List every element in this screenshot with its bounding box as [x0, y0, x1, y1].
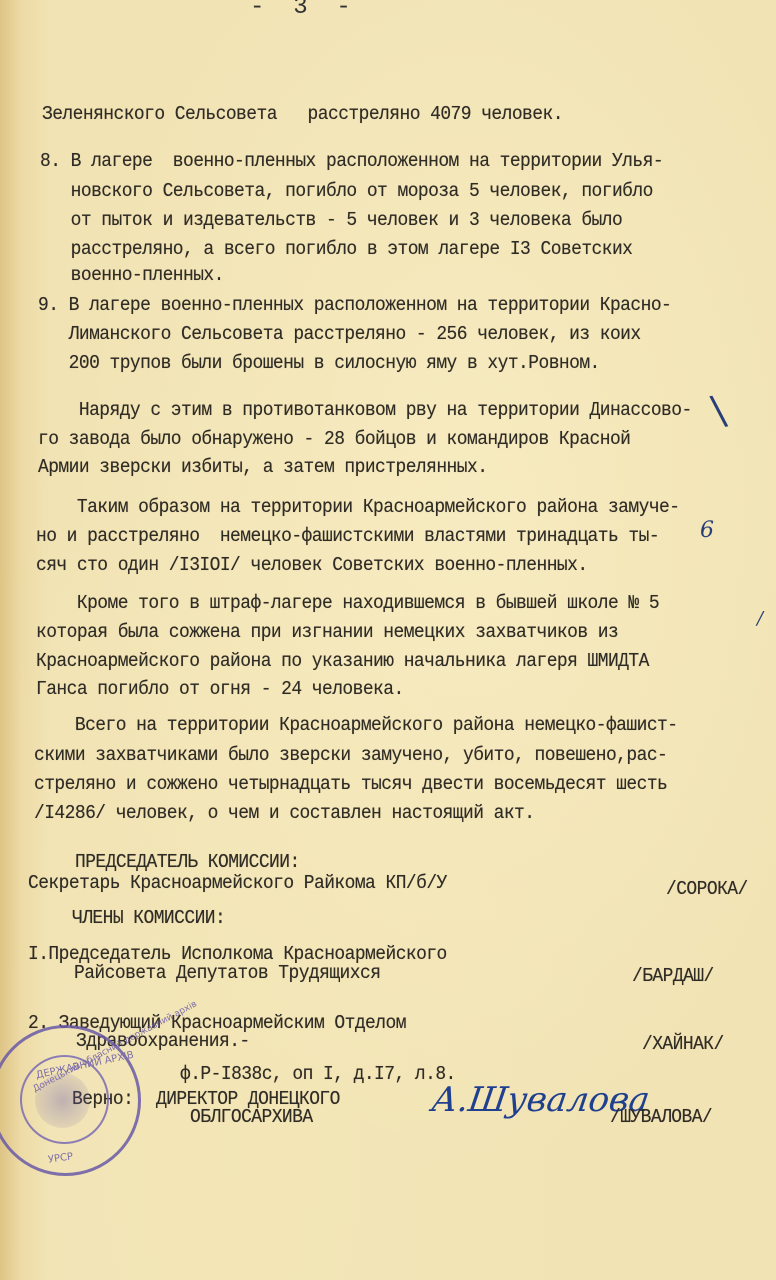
paragraph-line: но и расстреляно немецко-фашистскими вла…	[36, 525, 659, 547]
stamp-bottom-text: УРСР	[47, 1151, 73, 1165]
paragraph-line: Кроме того в штраф-лагере находившемся в…	[36, 592, 659, 614]
paragraph-line: скими захватчиками было зверски замучено…	[34, 744, 667, 766]
member2-name: /ХАЙНАК/	[642, 1033, 724, 1055]
paragraph-line: новского Сельсовета, погибло от мороза 5…	[40, 180, 653, 202]
archive-reference: ф.Р-I838с, оп I, д.I7, л.8.	[180, 1063, 456, 1085]
paragraph-line: 200 трупов были брошены в силосную яму в…	[38, 352, 600, 374]
chairman-name: /СОРОКА/	[666, 878, 748, 900]
paragraph-line: Наряду с этим в противотанковом рву на т…	[38, 399, 692, 421]
paragraph-line: Таким образом на территории Красноармейс…	[36, 496, 679, 518]
paragraph-line: 9. В лагере военно-пленных расположенном…	[38, 294, 671, 316]
paragraph-line: Красноармейского района по указанию нача…	[36, 650, 649, 672]
paragraph-line: го завода было обнаружено - 28 бойцов и …	[38, 428, 630, 450]
paragraph-line: Лиманского Сельсовета расстреляно - 256 …	[38, 323, 641, 345]
paragraph-line: Ганса погибло от огня - 24 человека.	[36, 678, 404, 700]
chairman-heading: ПРЕДСЕДАТЕЛЬ КОМИССИИ:	[75, 851, 300, 873]
paragraph-line: расстреляно, а всего погибло в этом лаге…	[40, 238, 632, 260]
paragraph-line: /I4286/ человек, о чем и составлен насто…	[34, 802, 534, 824]
paragraph-line: военно-пленных.	[40, 264, 224, 286]
member1-name: /БАРДАШ/	[632, 965, 714, 987]
document-page: - 3 - Зеленянского Сельсовета расстрелян…	[0, 0, 776, 1280]
handwritten-correction: 6	[700, 518, 714, 543]
certified-name: /ШУВАЛОВА/	[610, 1106, 712, 1128]
paragraph-line: 8. В лагере военно-пленных расположенном…	[40, 150, 663, 172]
paragraph-line: сяч сто один /I3IOI/ человек Советских в…	[36, 554, 588, 576]
chairman-title: Секретарь Красноармейского Райкома КП/б/…	[28, 872, 447, 894]
paragraph-line: стреляно и сожжено четырнадцать тысяч дв…	[34, 773, 667, 795]
member1-line2: Райсовета Депутатов Трудящихся	[74, 962, 380, 984]
paragraph-line: Зеленянского Сельсовета расстреляно 4079…	[42, 103, 563, 125]
paragraph-line: Всего на территории Красноармейского рай…	[34, 714, 677, 736]
paragraph-line: Армии зверски избиты, а затем пристрелян…	[38, 456, 487, 478]
paragraph-line: которая была сожжена при изгнании немецк…	[36, 621, 618, 643]
page-number: - 3 -	[250, 0, 351, 21]
archive-stamp: Донецький обласний державний архів ДЕРЖА…	[0, 1025, 141, 1176]
handwritten-strike-mark: \	[708, 387, 729, 435]
handwritten-mark: /	[757, 608, 763, 629]
certified-title-2: ОБЛГОСАРХИВА	[190, 1106, 313, 1128]
paragraph-line: от пыток и издевательств - 5 человек и 3…	[40, 209, 622, 231]
members-heading: ЧЛЕНЫ КОМИССИИ:	[72, 907, 225, 929]
